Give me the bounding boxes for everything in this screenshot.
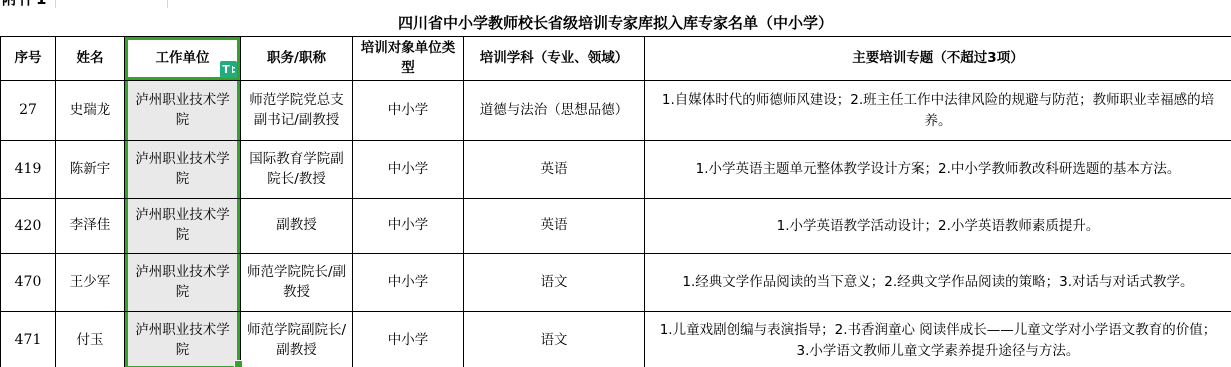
cell-subject[interactable]: 英语: [464, 199, 645, 254]
table-row: 471 付玉 泸州职业技术学院 师范学院副院长/副教授 中小学 语文 1.儿童戏…: [1, 312, 1231, 367]
autofilter-lines: [232, 66, 235, 73]
cell-unit-selected[interactable]: 泸州职业技术学院: [125, 312, 241, 367]
autofilter-glyph: T: [222, 64, 230, 75]
cell-name[interactable]: 陈新宇: [56, 141, 125, 199]
cell-unit-selected[interactable]: 泸州职业技术学院: [125, 141, 241, 199]
autofilter-icon[interactable]: T: [220, 61, 237, 78]
cell-name[interactable]: 李泽佳: [56, 199, 125, 254]
header-unit-label: 工作单位: [156, 50, 210, 66]
header-seq[interactable]: 序号: [1, 37, 56, 81]
cell-topics[interactable]: 1.自媒体时代的师德师风建设；2.班主任工作中法律风险的规避与防范；教师职业幸福…: [645, 81, 1231, 141]
gridline: [167, 0, 168, 8]
cell-seq[interactable]: 27: [1, 81, 56, 141]
cell-seq[interactable]: 470: [1, 254, 56, 312]
cell-unit-selected[interactable]: 泸州职业技术学院: [125, 254, 241, 312]
cell-name[interactable]: 付玉: [56, 312, 125, 367]
table-row: 470 王少军 泸州职业技术学院 师范学院院长/副教授 中小学 语文 1.经典文…: [1, 254, 1231, 312]
cell-target-type[interactable]: 中小学: [353, 141, 464, 199]
header-name[interactable]: 姓名: [56, 37, 125, 81]
cell-seq[interactable]: 420: [1, 199, 56, 254]
table-row: 419 陈新宇 泸州职业技术学院 国际教育学院副院长/教授 中小学 英语 1.小…: [1, 141, 1231, 199]
cell-subject[interactable]: 语文: [464, 312, 645, 367]
table-row: 27 史瑞龙 泸州职业技术学院 师范学院党总支副书记/副教授 中小学 道德与法治…: [1, 81, 1231, 141]
cell-subject[interactable]: 道德与法治（思想品德）: [464, 81, 645, 141]
selection-fill-handle[interactable]: [234, 360, 243, 367]
header-topics[interactable]: 主要培训专题（不超过3项）: [645, 37, 1231, 81]
cell-name[interactable]: 史瑞龙: [56, 81, 125, 141]
cell-seq[interactable]: 419: [1, 141, 56, 199]
cell-unit-selected[interactable]: 泸州职业技术学院: [125, 81, 241, 141]
sheet-title-cell[interactable]: 四川省中小学教师校长省级培训专家库拟入库专家名单（中小学）: [0, 8, 1231, 36]
cell-title[interactable]: 副教授: [241, 199, 353, 254]
cell-title[interactable]: 师范学院副院长/副教授: [241, 312, 353, 367]
clipped-row-above: 附件1－: [0, 0, 1231, 8]
header-title[interactable]: 职务/职称: [241, 37, 353, 81]
header-row: 序号 姓名 工作单位 T 职务/职称 培训对象单位类型 培训学科（专业、领域） …: [1, 37, 1231, 81]
expert-table: 序号 姓名 工作单位 T 职务/职称 培训对象单位类型 培训学科（专业、领域） …: [0, 36, 1231, 367]
header-subject[interactable]: 培训学科（专业、领域）: [464, 37, 645, 81]
cell-topics[interactable]: 1.小学英语教学活动设计；2.小学英语教师素质提升。: [645, 199, 1231, 254]
cell-target-type[interactable]: 中小学: [353, 254, 464, 312]
cell-target-type[interactable]: 中小学: [353, 312, 464, 367]
cell-title[interactable]: 师范学院党总支副书记/副教授: [241, 81, 353, 141]
table-body: 27 史瑞龙 泸州职业技术学院 师范学院党总支副书记/副教授 中小学 道德与法治…: [1, 81, 1231, 367]
header-unit-selected[interactable]: 工作单位 T: [125, 37, 241, 81]
cell-title[interactable]: 师范学院院长/副教授: [241, 254, 353, 312]
cell-seq[interactable]: 471: [1, 312, 56, 367]
cell-subject[interactable]: 语文: [464, 254, 645, 312]
cell-unit-selected[interactable]: 泸州职业技术学院: [125, 199, 241, 254]
cell-target-type[interactable]: 中小学: [353, 81, 464, 141]
cell-name[interactable]: 王少军: [56, 254, 125, 312]
gridline: [55, 0, 56, 8]
page-title: 四川省中小学教师校长省级培训专家库拟入库专家名单（中小学）: [398, 12, 833, 33]
spreadsheet-view: 附件1－ 四川省中小学教师校长省级培训专家库拟入库专家名单（中小学） 序号 姓名…: [0, 0, 1231, 367]
cell-topics[interactable]: 1.儿童戏剧创编与表演指导；2.书香润童心 阅读伴成长——儿童文学对小学语文教育…: [645, 312, 1231, 367]
cell-topics[interactable]: 1.经典文学作品阅读的当下意义；2.经典文学作品阅读的策略；3.对话与对话式教学…: [645, 254, 1231, 312]
cell-title[interactable]: 国际教育学院副院长/教授: [241, 141, 353, 199]
cell-subject[interactable]: 英语: [464, 141, 645, 199]
cell-target-type[interactable]: 中小学: [353, 199, 464, 254]
table-row: 420 李泽佳 泸州职业技术学院 副教授 中小学 英语 1.小学英语教学活动设计…: [1, 199, 1231, 254]
cell-topics[interactable]: 1.小学英语主题单元整体教学设计方案；2.中小学教师教改科研选题的基本方法。: [645, 141, 1231, 199]
header-target-type[interactable]: 培训对象单位类型: [353, 37, 464, 81]
